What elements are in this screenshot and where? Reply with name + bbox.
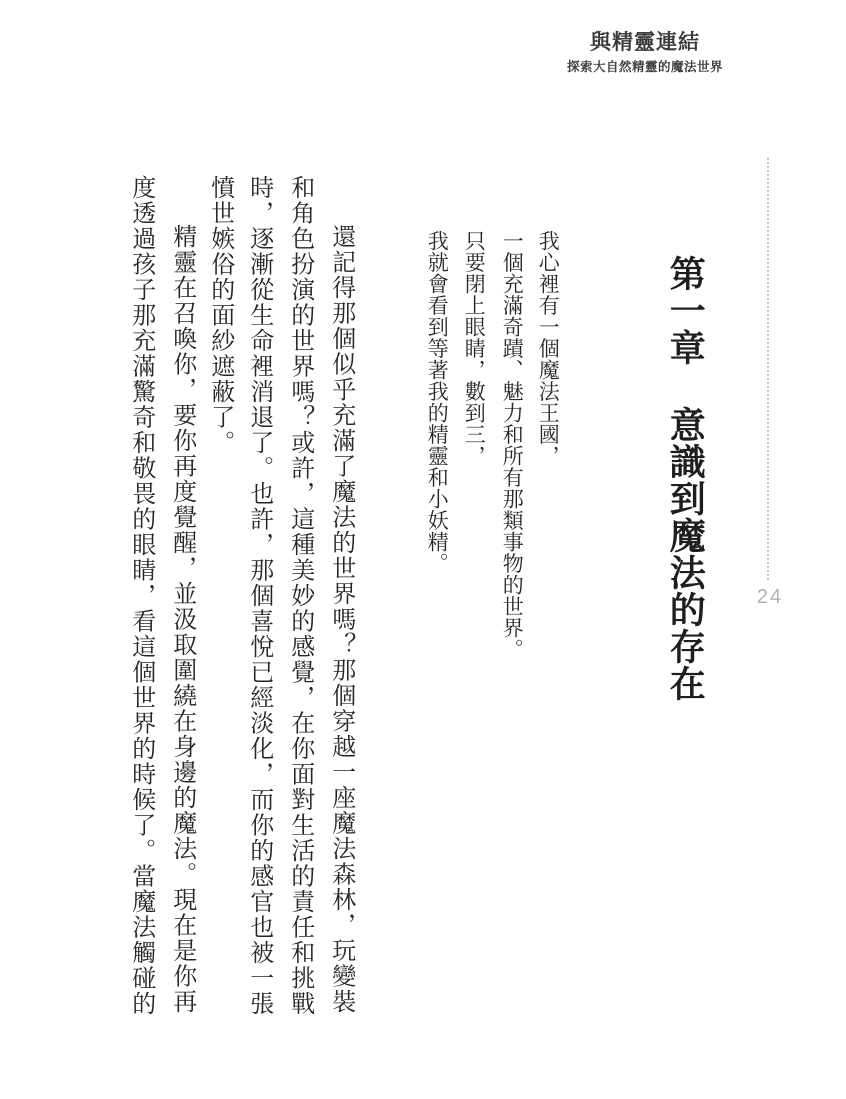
book-subtitle: 探索大自然精靈的魔法世界 bbox=[495, 57, 795, 75]
epigraph-line-3: 只要閉上眼睛，數到三， bbox=[461, 230, 486, 467]
epigraph-line-1: 我心裡有一個魔法王國， bbox=[535, 230, 560, 467]
book-title: 與精靈連結 bbox=[495, 30, 795, 55]
body-column-1: 還記得那個似乎充滿了魔法的世界嗎？那個穿越一座魔法森林，玩變裝 bbox=[326, 224, 355, 1015]
body-column-2: 和角色扮演的世界嗎？或許，這種美妙的感覺，在你面對生活的責任和挑戰 bbox=[285, 175, 314, 1017]
body-column-3: 時，逐漸從生命裡消退了。也許，那個喜悅已經淡化，而你的感官也被一張 bbox=[244, 175, 273, 1017]
epigraph-line-4: 我就會看到等著我的精靈和小妖精。 bbox=[424, 230, 449, 574]
chapter-number: 第一章 bbox=[665, 255, 705, 366]
chapter-name: 意識到魔法的存在 bbox=[665, 406, 705, 702]
chapter-heading: 第一章意識到魔法的存在 bbox=[663, 255, 706, 702]
epigraph-line-2: 一個充滿奇蹟、魅力和所有那類事物的世界。 bbox=[499, 230, 524, 660]
body-column-5: 精靈在召喚你，要你再度覺醒，並汲取圍繞在身邊的魔法。現在是你再 bbox=[167, 224, 196, 1015]
body-column-6: 度透過孩子那充滿驚奇和敬畏的眼睛，看這個世界的時候了。當魔法觸碰的 bbox=[126, 175, 155, 1017]
page-number: 24 bbox=[748, 586, 792, 609]
body-column-4: 憤世嫉俗的面紗遮蔽了。 bbox=[205, 175, 234, 456]
book-page: 與精靈連結 探索大自然精靈的魔法世界 24 第一章意識到魔法的存在 我心裡有一個… bbox=[0, 0, 846, 1099]
running-head: 與精靈連結 探索大自然精靈的魔法世界 bbox=[495, 30, 795, 75]
margin-dotted-rule bbox=[767, 158, 769, 582]
